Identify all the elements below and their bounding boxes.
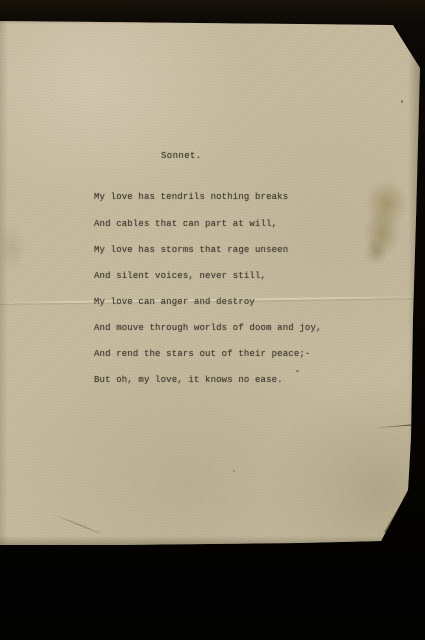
poem-line: And rend the stars out of their peace;- [94, 350, 322, 359]
poem-line: And mouve through worlds of doom and joy… [94, 324, 322, 333]
poem-title: Sonnet. [161, 151, 202, 161]
poem-body: My love has tendrils nothing breaks And … [94, 176, 322, 402]
typewritten-text: Sonnet. My love has tendrils nothing bre… [0, 18, 422, 546]
poem-line: My love can anger and destroy [94, 298, 322, 307]
poem-line: And silent voices, never still, [94, 272, 322, 281]
poem-line: And cables that can part at will, [94, 220, 322, 229]
poem-line: My love has tendrils nothing breaks [94, 193, 322, 202]
poem-line: My love has storms that rage unseen [94, 246, 322, 255]
photo-background: Sonnet. My love has tendrils nothing bre… [0, 0, 425, 640]
poem-line: But oh, my love, it knows no ease. [94, 376, 322, 385]
paper-sheet: Sonnet. My love has tendrils nothing bre… [0, 18, 422, 546]
